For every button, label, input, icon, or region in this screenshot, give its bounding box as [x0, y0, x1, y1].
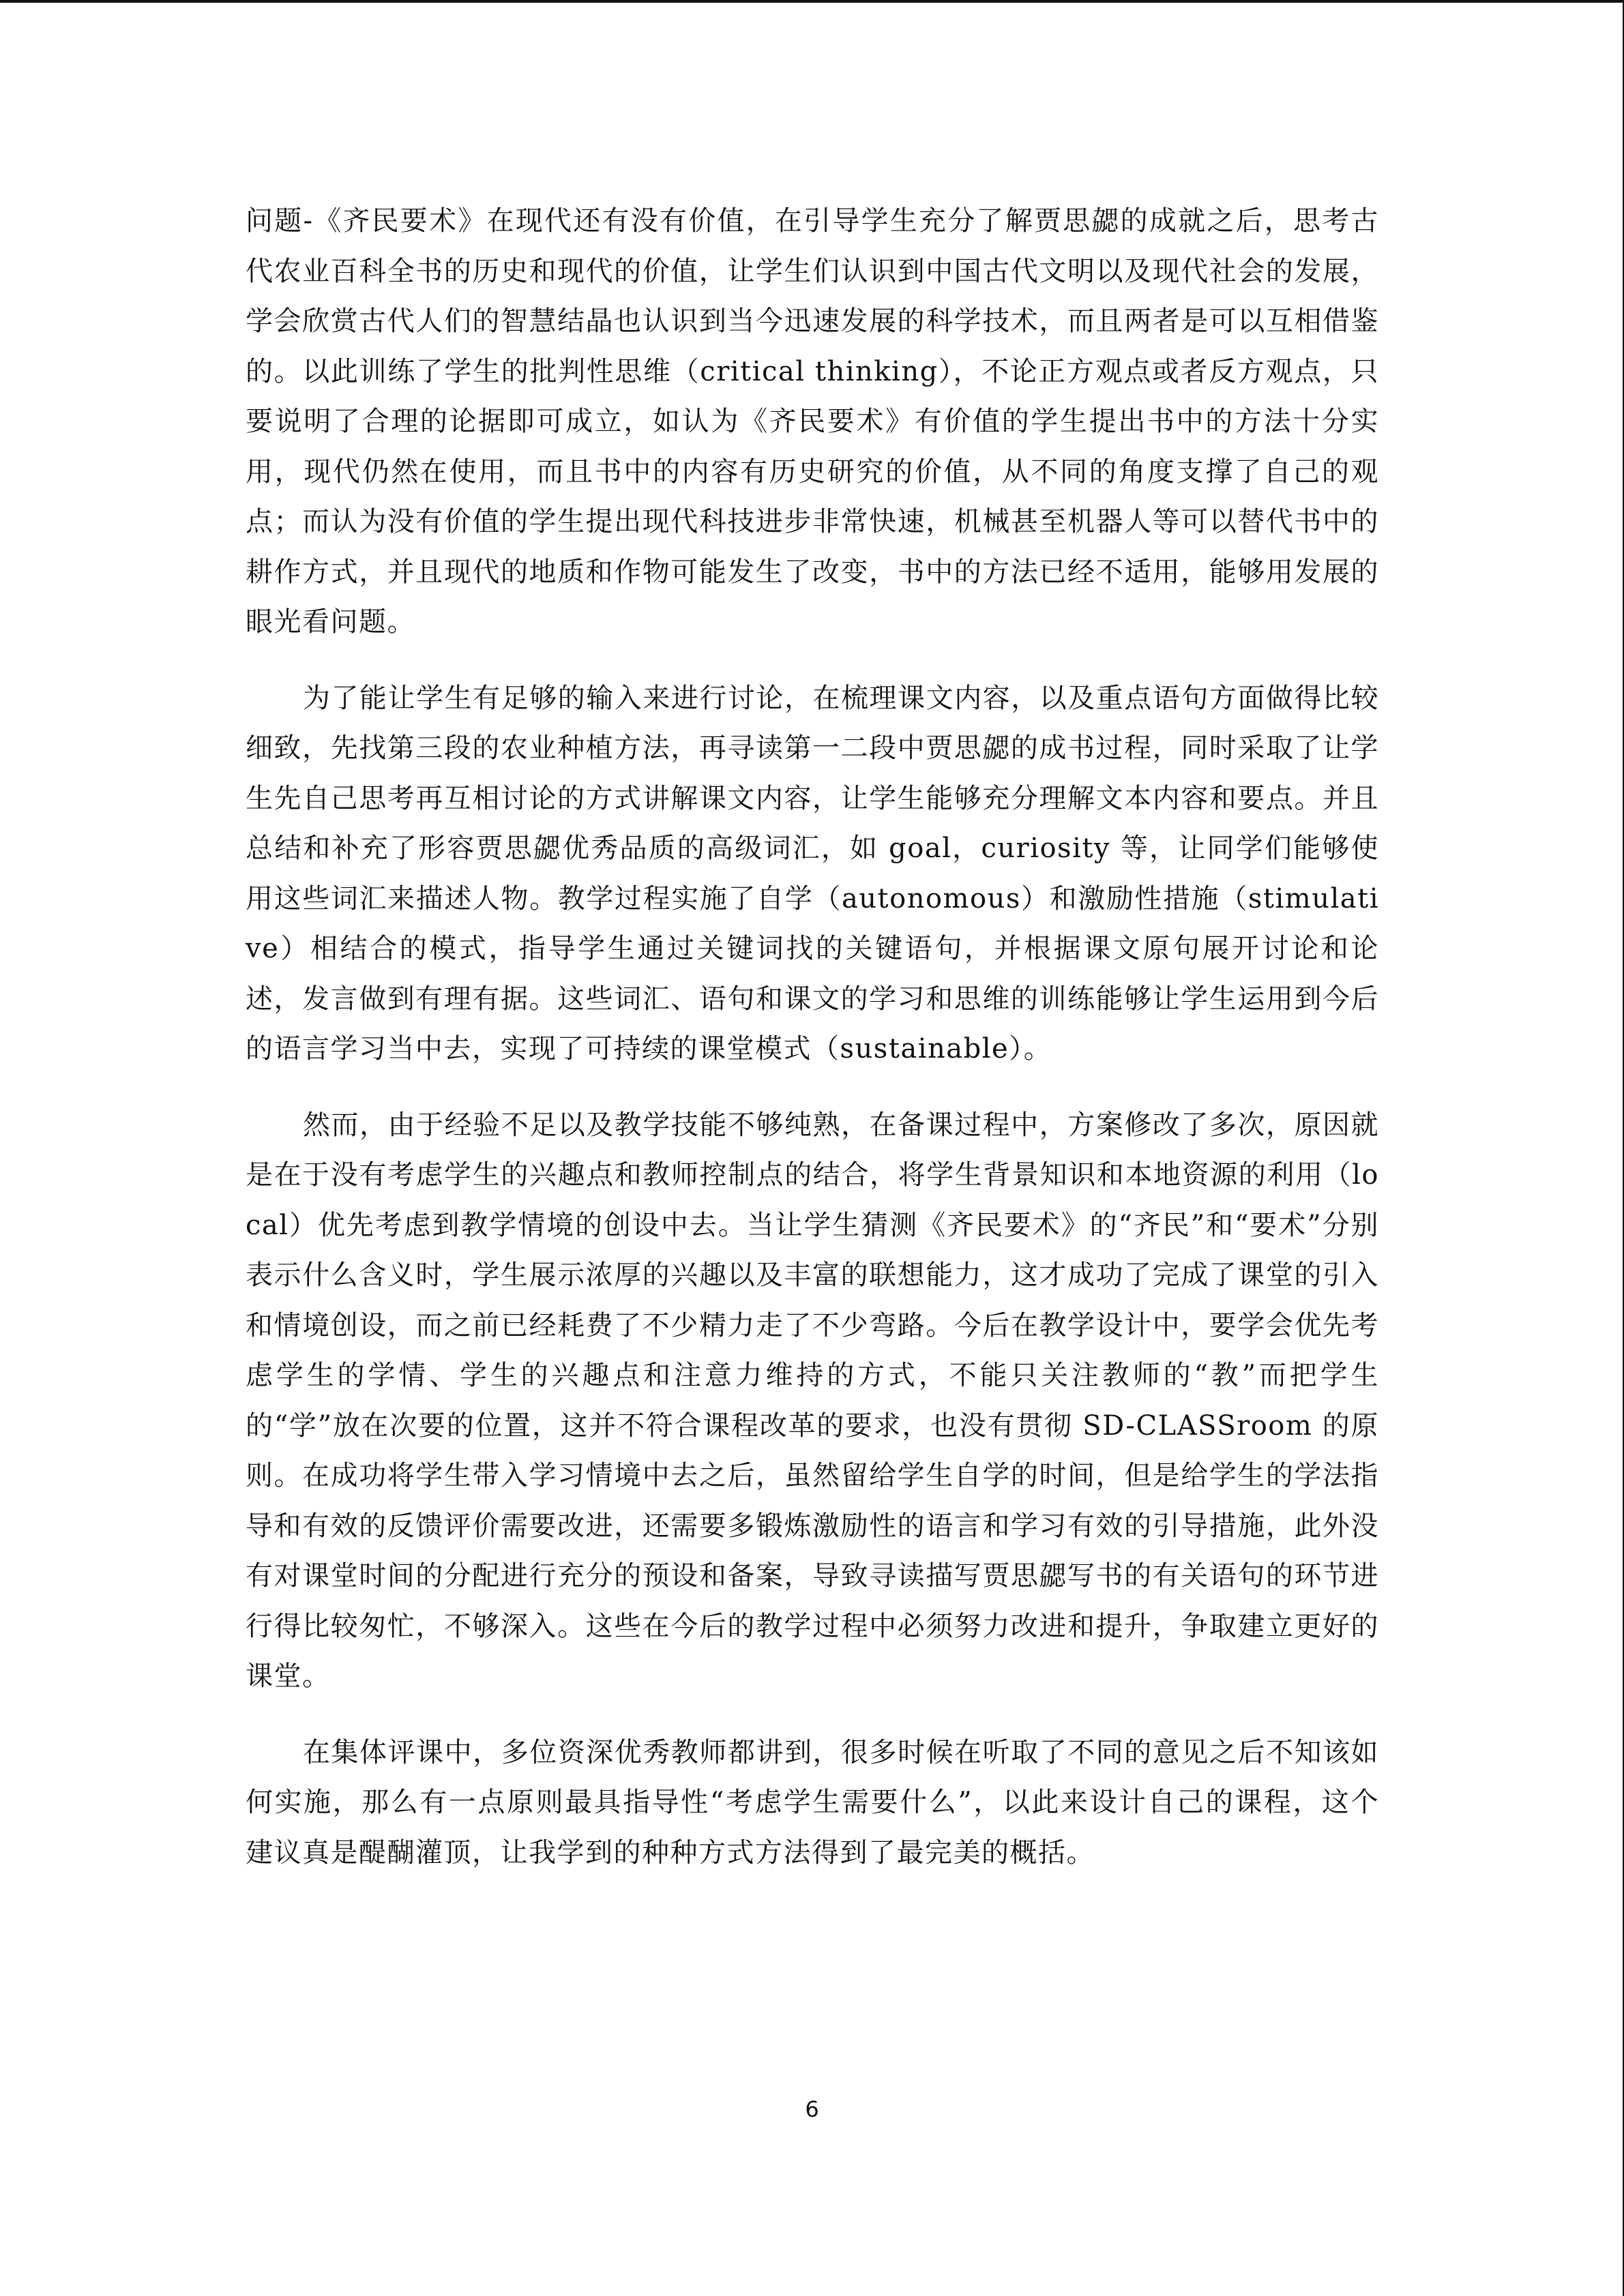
paragraph-collective-review: 在集体评课中，多位资深优秀教师都讲到，很多时候在听取了不同的意见之后不知该如何实…: [246, 1728, 1379, 1879]
page-top-border: [0, 0, 1624, 3]
paragraph-value-discussion: 问题-《齐民要术》在现代还有没有价值，在引导学生充分了解贾思勰的成就之后，思考古…: [246, 196, 1379, 648]
document-body: 问题-《齐民要术》在现代还有没有价值，在引导学生充分了解贾思勰的成就之后，思考古…: [246, 196, 1379, 1904]
paragraph-shortcomings: 然而，由于经验不足以及教学技能不够纯熟，在备课过程中，方案修改了多次，原因就是在…: [246, 1101, 1379, 1702]
paragraph-text-comprehension: 为了能让学生有足够的输入来进行讨论，在梳理课文内容，以及重点语句方面做得比较细致…: [246, 674, 1379, 1075]
page-number: 6: [0, 2096, 1624, 2122]
